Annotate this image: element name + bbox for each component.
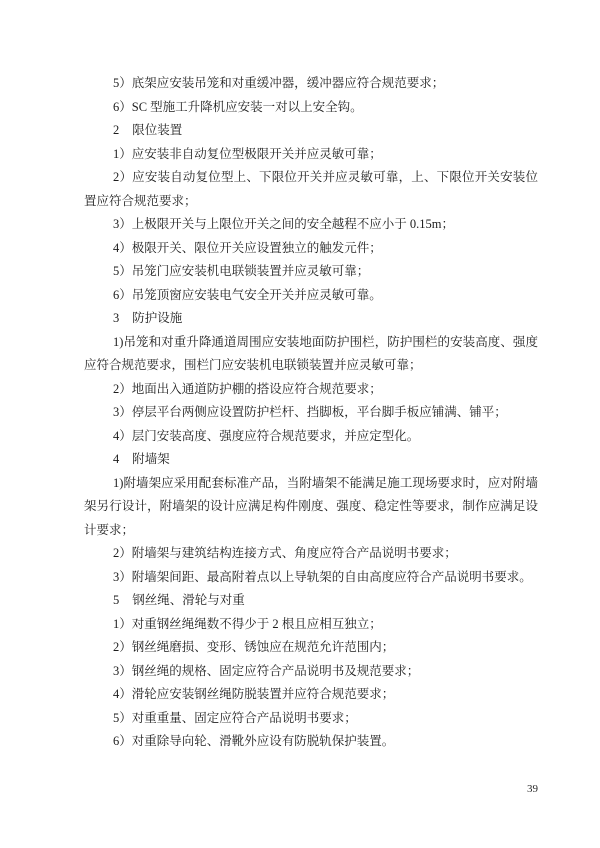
section-heading: 4附墙架	[84, 448, 538, 472]
list-item: 3）停层平台两侧应设置防护栏杆、挡脚板，平台脚手板应铺满、铺平；	[84, 401, 538, 425]
section-title: 限位装置	[132, 123, 182, 137]
list-item: 3）上极限开关与上限位开关之间的安全越程不应小于 0.15m；	[84, 213, 538, 237]
list-item: 1）对重钢丝绳绳数不得少于 2 根且应相互独立；	[84, 613, 538, 637]
list-item: 1)附墙架应采用配套标准产品，当附墙架不能满足施工现场要求时，应对附墙架另行设计…	[84, 472, 538, 543]
list-item: 2）附墙架与建筑结构连接方式、角度应符合产品说明书要求；	[84, 542, 538, 566]
section-number: 5	[113, 593, 119, 607]
section-title: 附墙架	[132, 452, 170, 466]
list-item: 5）吊笼门应安装机电联锁装置并应灵敏可靠；	[84, 260, 538, 284]
section-number: 4	[113, 452, 119, 466]
list-item: 3）附墙架间距、最高附着点以上导轨架的自由高度应符合产品说明书要求。	[84, 566, 538, 590]
section-number: 2	[113, 123, 119, 137]
list-item: 2）应安装自动复位型上、下限位开关并应灵敏可靠，上、下限位开关安装位置应符合规范…	[84, 166, 538, 213]
section-heading: 5钢丝绳、滑轮与对重	[84, 589, 538, 613]
list-item: 6）SC 型施工升降机应安装一对以上安全钩。	[84, 96, 538, 120]
list-item: 2）地面出入通道防护棚的搭设应符合规范要求；	[84, 378, 538, 402]
list-item: 4）滑轮应安装钢丝绳防脱装置并应符合规范要求；	[84, 683, 538, 707]
list-item: 6）对重除导向轮、滑靴外应设有防脱轨保护装置。	[84, 730, 538, 754]
list-item: 4）极限开关、限位开关应设置独立的触发元件；	[84, 237, 538, 261]
list-item: 6）吊笼顶窗应安装电气安全开关并应灵敏可靠。	[84, 284, 538, 308]
list-item: 4）层门安装高度、强度应符合规范要求，并应定型化。	[84, 425, 538, 449]
section-number: 3	[113, 311, 119, 325]
section-title: 防护设施	[132, 311, 182, 325]
document-body: 5）底架应安装吊笼和对重缓冲器，缓冲器应符合规范要求；6）SC 型施工升降机应安…	[84, 72, 538, 754]
document-page: 5）底架应安装吊笼和对重缓冲器，缓冲器应符合规范要求；6）SC 型施工升降机应安…	[0, 0, 600, 848]
list-item: 5）对重重量、固定应符合产品说明书要求；	[84, 707, 538, 731]
section-heading: 2限位装置	[84, 119, 538, 143]
section-heading: 3防护设施	[84, 307, 538, 331]
list-item: 1)吊笼和对重升降通道周围应安装地面防护围栏，防护围栏的安装高度、强度应符合规范…	[84, 331, 538, 378]
list-item: 5）底架应安装吊笼和对重缓冲器，缓冲器应符合规范要求；	[84, 72, 538, 96]
list-item: 3）钢丝绳的规格、固定应符合产品说明书及规范要求；	[84, 660, 538, 684]
page-number: 39	[527, 782, 538, 796]
section-title: 钢丝绳、滑轮与对重	[132, 593, 245, 607]
list-item: 1）应安装非自动复位型极限开关并应灵敏可靠；	[84, 143, 538, 167]
list-item: 2）钢丝绳磨损、变形、锈蚀应在规范允许范围内；	[84, 636, 538, 660]
